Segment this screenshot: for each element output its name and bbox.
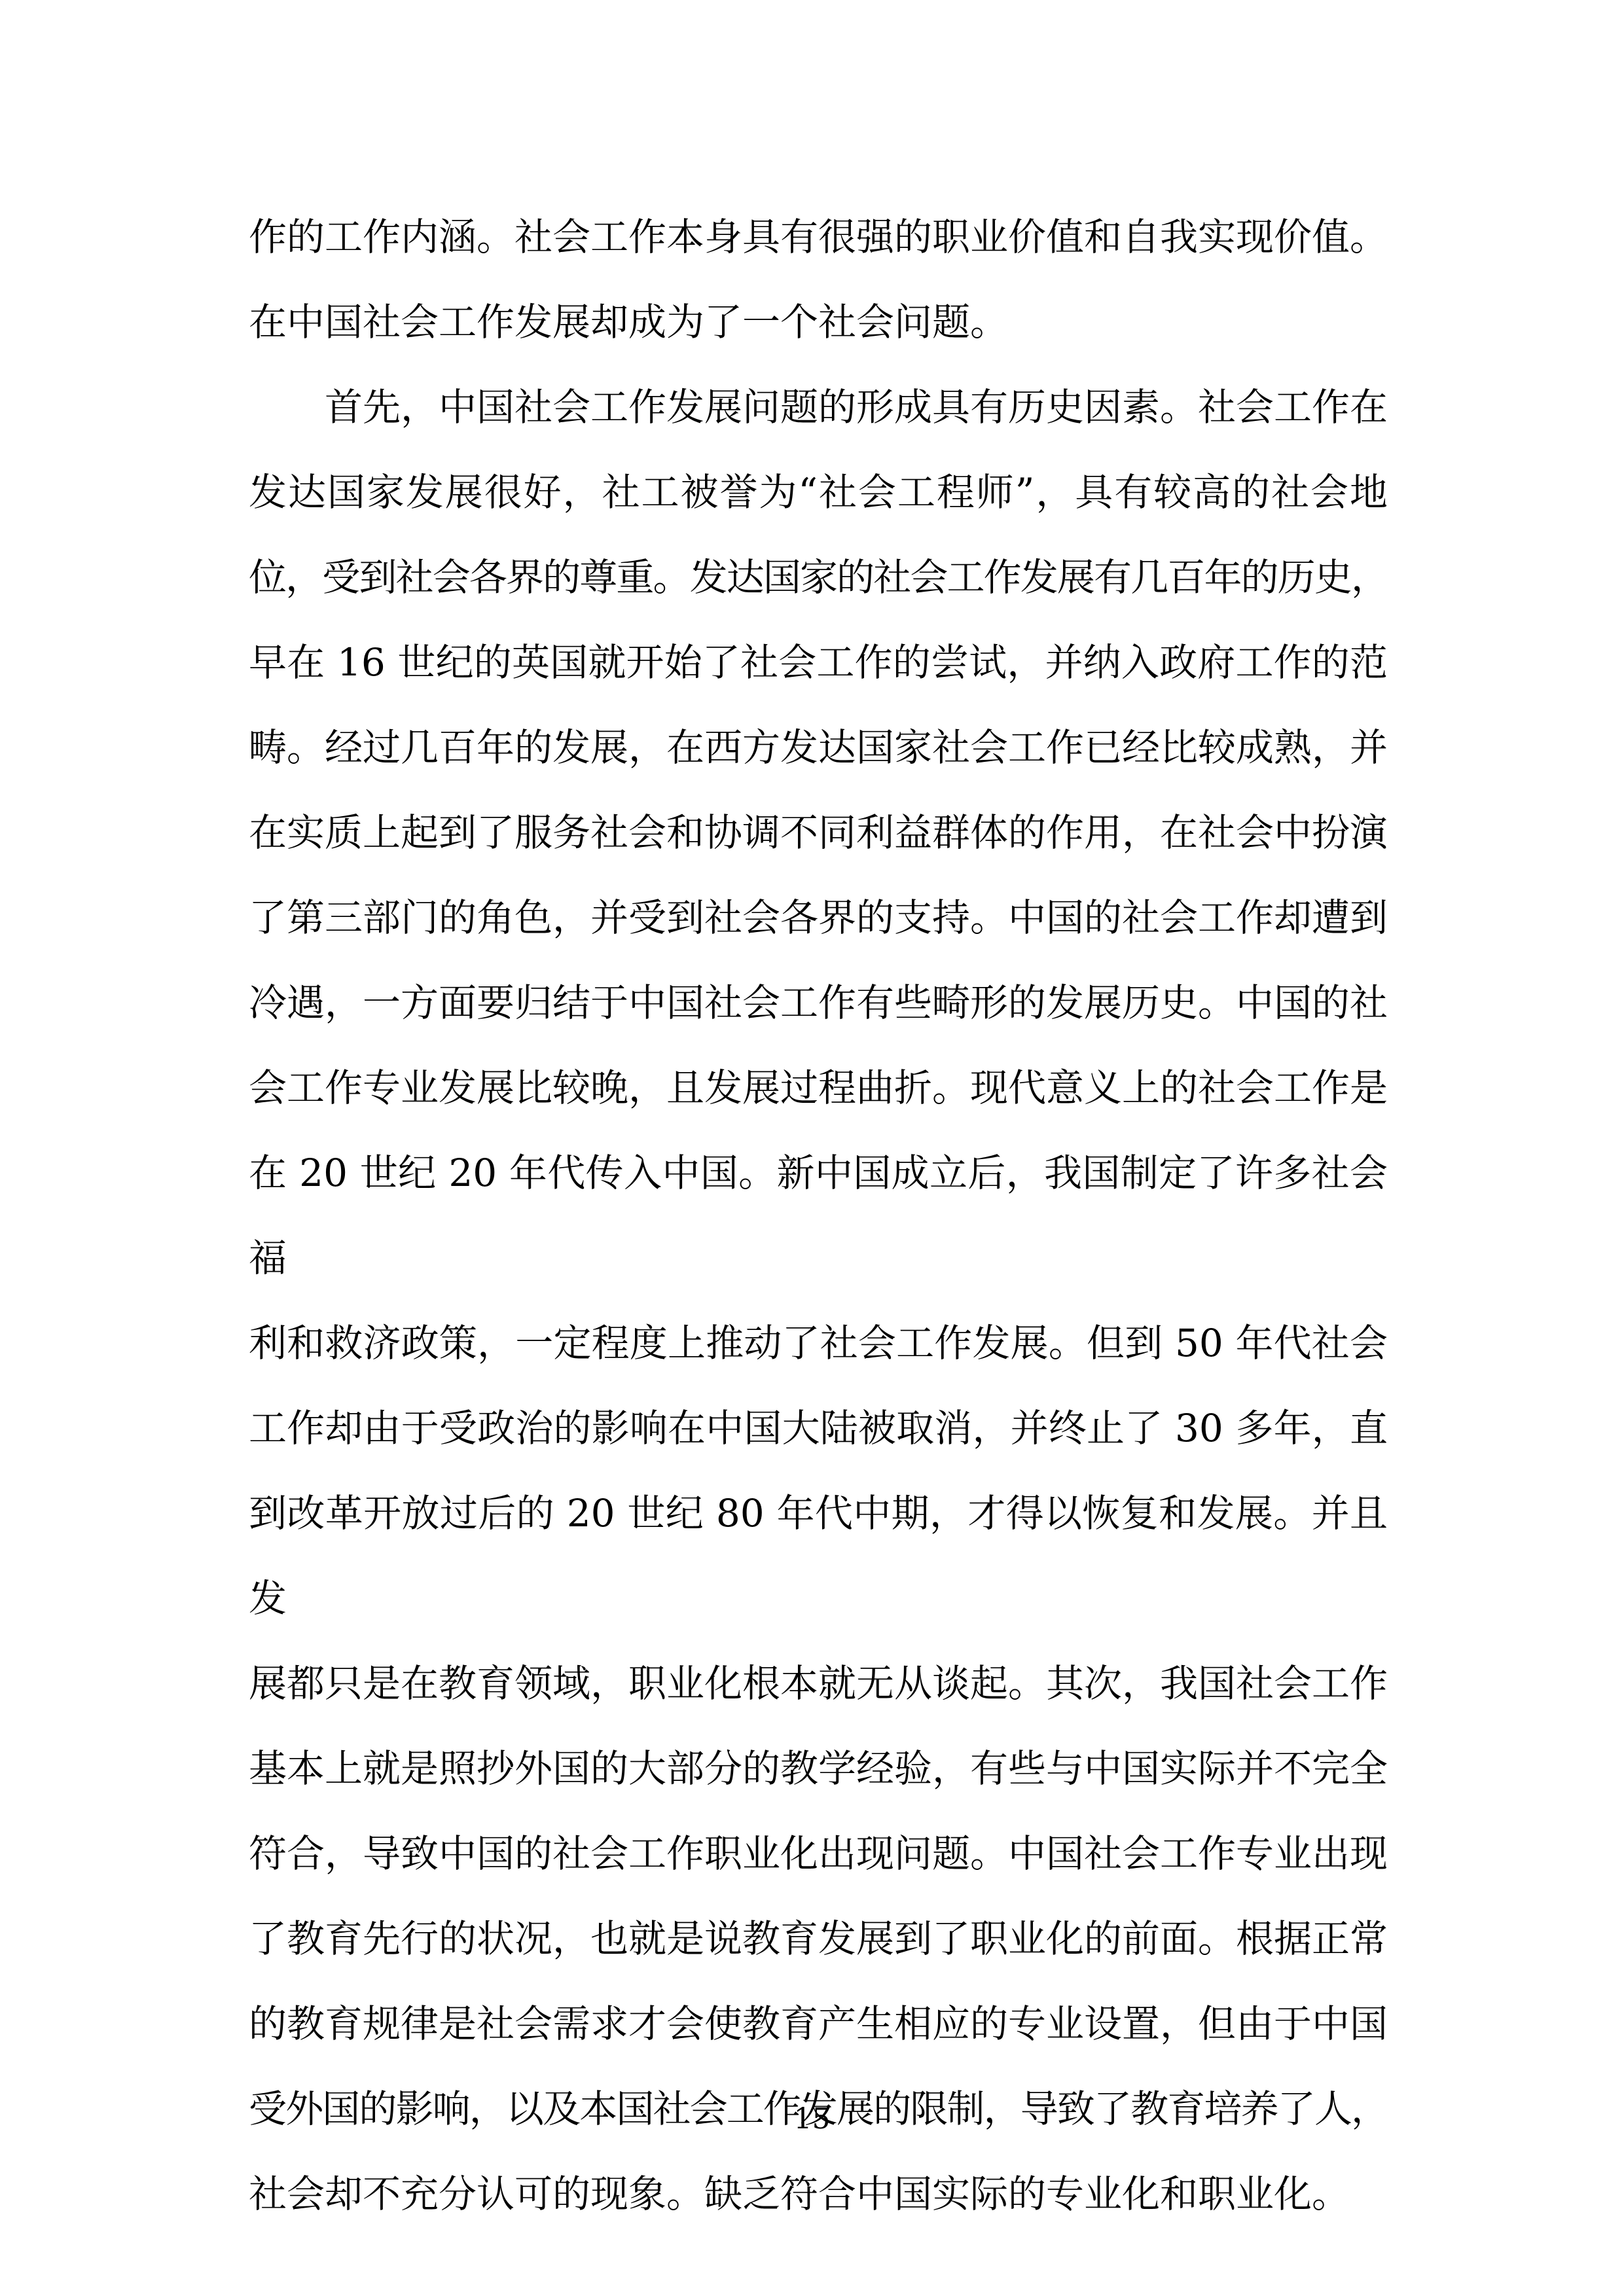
document-page: 作的工作内涵。社会工作本身具有很强的职业价值和自我实现价值。 在中国社会工作发展… <box>0 0 1624 2296</box>
text-line: 的教育规律是社会需求才会使教育产生相应的专业设置，但由于中国 <box>249 1981 1388 2066</box>
body-text: 作的工作内涵。社会工作本身具有很强的职业价值和自我实现价值。 在中国社会工作发展… <box>249 194 1388 2236</box>
text-line: 展都只是在教育领域，职业化根本就无从谈起。其次，我国社会工作 <box>249 1641 1388 1726</box>
text-line: 冷遇，一方面要归结于中国社会工作有些畸形的发展历史。中国的社 <box>249 960 1388 1045</box>
text-line: 早在 16 世纪的英国就开始了社会工作的尝试，并纳入政府工作的范 <box>249 620 1388 705</box>
paragraph-2: 首先，中国社会工作发展问题的形成具有历史因素。社会工作在 发达国家发展很好，社工… <box>249 365 1388 2236</box>
text-line: 基本上就是照抄外国的大部分的教学经验，有些与中国实际并不完全 <box>249 1726 1388 1811</box>
text-line: 到改革开放过后的 20 世纪 80 年代中期，才得以恢复和发展。并且发 <box>249 1471 1388 1641</box>
text-line: 会工作专业发展比较晚，且发展过程曲折。现代意义上的社会工作是 <box>249 1045 1388 1130</box>
text-line: 位，受到社会各界的尊重。发达国家的社会工作发展有几百年的历史， <box>249 535 1388 620</box>
text-line: 发达国家发展很好，社工被誉为“社会工程师”，具有较高的社会地 <box>249 450 1388 535</box>
text-line: 了教育先行的状况，也就是说教育发展到了职业化的前面。根据正常 <box>249 1896 1388 1981</box>
text-line: 在中国社会工作发展却成为了一个社会问题。 <box>249 279 1388 365</box>
text-line: 在 20 世纪 20 年代传入中国。新中国成立后，我国制定了许多社会福 <box>249 1130 1388 1300</box>
text-line: 畴。经过几百年的发展，在西方发达国家社会工作已经比较成熟，并 <box>249 705 1388 790</box>
text-line: 符合，导致中国的社会工作职业化出现问题。中国社会工作专业出现 <box>249 1811 1388 1896</box>
text-line: 利和救济政策，一定程度上推动了社会工作发展。但到 50 年代社会 <box>249 1300 1388 1386</box>
text-line: 作的工作内涵。社会工作本身具有很强的职业价值和自我实现价值。 <box>249 194 1388 279</box>
page-number: 15 <box>0 2102 1624 2136</box>
text-line: 首先，中国社会工作发展问题的形成具有历史因素。社会工作在 <box>249 365 1388 450</box>
paragraph-1: 作的工作内涵。社会工作本身具有很强的职业价值和自我实现价值。 在中国社会工作发展… <box>249 194 1388 365</box>
text-line: 社会却不充分认可的现象。缺乏符合中国实际的专业化和职业化。 <box>249 2151 1388 2236</box>
text-line: 工作却由于受政治的影响在中国大陆被取消，并终止了 30 多年，直 <box>249 1386 1388 1471</box>
text-line: 了第三部门的角色，并受到社会各界的支持。中国的社会工作却遭到 <box>249 875 1388 960</box>
text-line: 在实质上起到了服务社会和协调不同利益群体的作用，在社会中扮演 <box>249 790 1388 875</box>
